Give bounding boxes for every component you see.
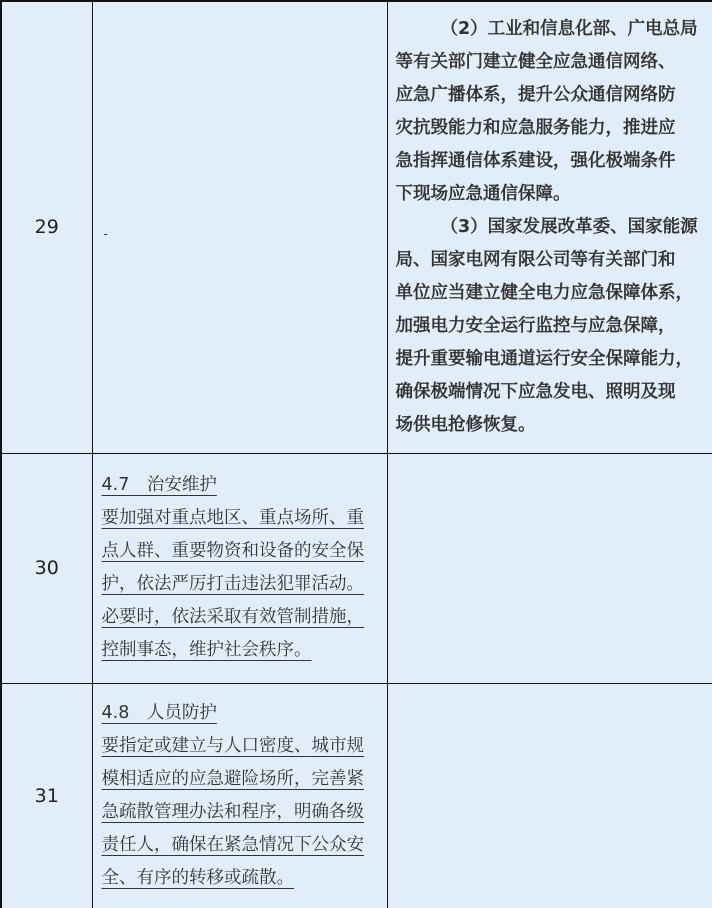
text-line: 等有关部门建立健全应急通信网络、 bbox=[396, 46, 704, 79]
text-line: 控制事态，维护社会秩序。 bbox=[102, 634, 377, 667]
text-line: 要加强对重点地区、重点场所、重 bbox=[102, 502, 377, 535]
table-row: 30 4.7 治安维护 要加强对重点地区、重点场所、重 点人群、重要物资和设备的… bbox=[1, 453, 712, 683]
text-line: 下现场应急通信保障。 bbox=[396, 178, 704, 211]
text-line: 模相适应的应急避险场所，完善紧 bbox=[102, 763, 377, 796]
original-text-cell: 4.7 治安维护 要加强对重点地区、重点场所、重 点人群、重要物资和设备的安全保… bbox=[92, 453, 387, 683]
revised-text-cell bbox=[387, 453, 712, 683]
section-title: 4.7 治安维护 bbox=[102, 469, 217, 502]
text-line: 场供电抢修恢复。 bbox=[396, 409, 704, 442]
section-title: 4.8 人员防护 bbox=[102, 697, 217, 730]
text-line: 急指挥通信体系建设，强化极端条件 bbox=[396, 145, 704, 178]
text-line: 提升重要输电通道运行安全保障能力， bbox=[396, 343, 704, 376]
row-number: 29 bbox=[35, 216, 59, 238]
section-heading: 4.8 人员防护 bbox=[102, 697, 377, 730]
text-line: 急疏散管理办法和程序，明确各级 bbox=[102, 796, 377, 829]
text-line: 单位应当建立健全电力应急保障体系， bbox=[396, 277, 704, 310]
text-line: 必要时，依法采取有效管制措施， bbox=[102, 601, 377, 634]
text-line: 责任人，确保在紧急情况下公众安 bbox=[102, 829, 377, 862]
text-line: 确保极端情况下应急发电、照明及现 bbox=[396, 376, 704, 409]
text-line: 全、有序的转移或疏散。 bbox=[102, 862, 377, 895]
section-heading: 4.7 治安维护 bbox=[102, 469, 377, 502]
table-row: 29 - （2）工业和信息化部、广电总局 等有关部门建立健全应急通信网络、 应急… bbox=[1, 1, 712, 453]
revised-text-cell bbox=[387, 683, 712, 908]
revised-text-cell: （2）工业和信息化部、广电总局 等有关部门建立健全应急通信网络、 应急广播体系，… bbox=[387, 1, 712, 453]
text-line: 局、国家电网有限公司等有关部门和 bbox=[396, 244, 704, 277]
text-line: （3）国家发展改革委、国家能源 bbox=[396, 211, 704, 244]
empty-placeholder-mark: - bbox=[102, 218, 108, 251]
row-number-cell: 30 bbox=[1, 453, 92, 683]
table-row: 31 4.8 人员防护 要指定或建立与人口密度、城市规 模相适应的应急避险场所，… bbox=[1, 683, 712, 908]
revised-paragraph: （3）国家发展改革委、国家能源 局、国家电网有限公司等有关部门和 单位应当建立健… bbox=[396, 211, 704, 442]
revised-paragraph: （2）工业和信息化部、广电总局 等有关部门建立健全应急通信网络、 应急广播体系，… bbox=[396, 13, 704, 211]
text-line: 灾抗毁能力和应急服务能力，推进应 bbox=[396, 112, 704, 145]
original-text-cell: 4.8 人员防护 要指定或建立与人口密度、城市规 模相适应的应急避险场所，完善紧… bbox=[92, 683, 387, 908]
row-number: 31 bbox=[35, 785, 59, 807]
text-line: （2）工业和信息化部、广电总局 bbox=[396, 13, 704, 46]
text-line: 应急广播体系，提升公众通信网络防 bbox=[396, 79, 704, 112]
row-number: 30 bbox=[35, 557, 59, 579]
text-line: 点人群、重要物资和设备的安全保 bbox=[102, 535, 377, 568]
comparison-table: 29 - （2）工业和信息化部、广电总局 等有关部门建立健全应急通信网络、 应急… bbox=[0, 0, 712, 908]
row-number-cell: 31 bbox=[1, 683, 92, 908]
text-line: 加强电力安全运行监控与应急保障， bbox=[396, 310, 704, 343]
original-text-cell: - bbox=[92, 1, 387, 453]
row-number-cell: 29 bbox=[1, 1, 92, 453]
text-line: 要指定或建立与人口密度、城市规 bbox=[102, 730, 377, 763]
text-line: 护，依法严厉打击违法犯罪活动。 bbox=[102, 568, 377, 601]
